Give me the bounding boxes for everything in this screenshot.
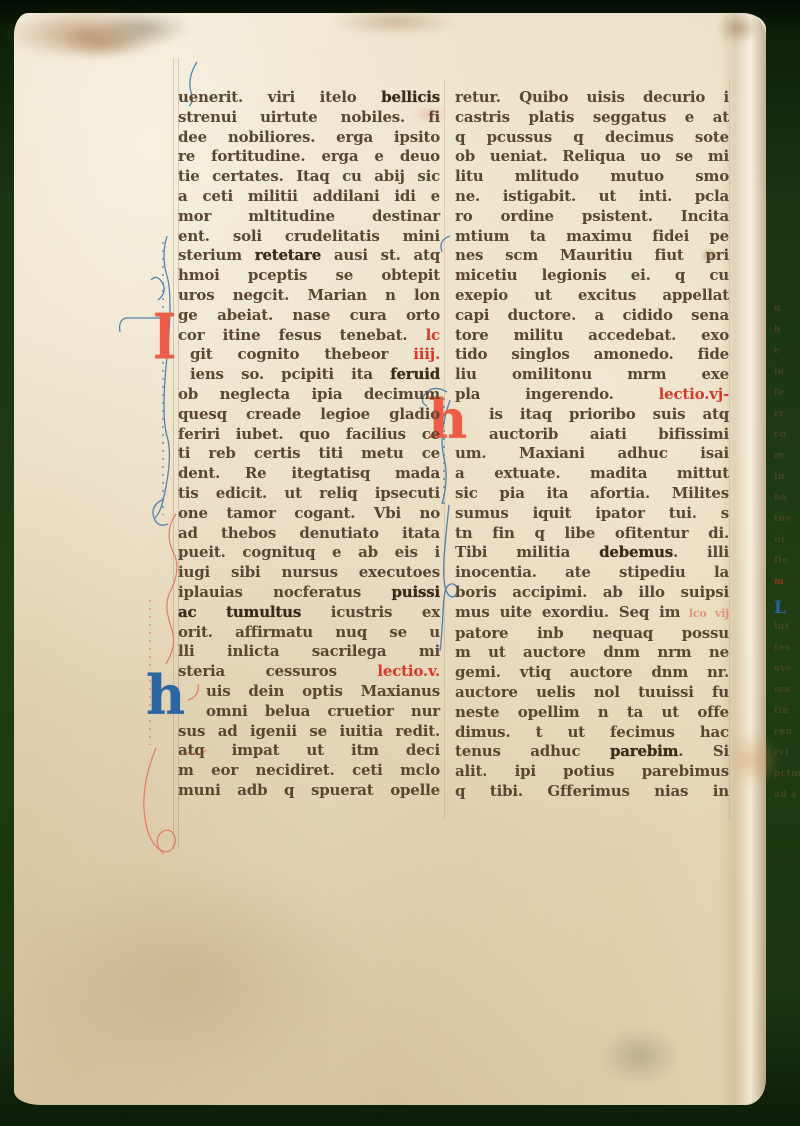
text-line: dent. Re itegtatisq mada xyxy=(178,464,440,484)
text-line: uros negcit. Marian n lon xyxy=(178,286,440,306)
text-line: ne. istigabit. ut inti. pcla xyxy=(455,187,729,207)
text-line: ro ordine psistent. Incita xyxy=(455,207,729,227)
body-text: pla ingerendo. xyxy=(455,385,659,403)
body-text: lli inlicta sacrilega mi xyxy=(178,642,440,660)
next-folio-text: nbeieferrcominbatoeuiflemLluttesovemufin… xyxy=(774,304,800,811)
body-text: ob neglecta ipia decimum xyxy=(178,385,440,403)
text-line: one tamor cogant. Vbi no xyxy=(178,504,440,524)
body-text: iugi sibi nursus executoes xyxy=(178,563,440,581)
edge-text-fragment: n xyxy=(774,304,800,325)
text-line: tis edicit. ut reliq ipsecuti xyxy=(178,484,440,504)
body-text: retur. Quibo uisis decurio i xyxy=(455,88,729,106)
text-column-right: retur. Quibo uisis decurio icastris plat… xyxy=(455,88,729,802)
edge-text-fragment: tes xyxy=(774,643,800,664)
body-text: tido singlos amonedo. fide xyxy=(455,345,729,363)
text-line: iplauias nocferatus puissi xyxy=(178,583,440,603)
text-line: is itaq prioribo suis atq xyxy=(455,405,729,425)
body-text: uenerit. viri itelo xyxy=(178,88,381,106)
body-text: ge abeiat. nase cura orto xyxy=(178,306,440,324)
edge-text-fragment: toe xyxy=(774,514,800,535)
body-text: mtium ta maximu fidei pe xyxy=(455,227,729,245)
body-text: hmoi pceptis se obtepit xyxy=(178,266,440,284)
body-text: sus ad igenii se iuitia redit. xyxy=(178,722,440,740)
text-line: feriri iubet. quo facilius ce xyxy=(178,425,440,445)
body-text: retetare xyxy=(255,246,321,264)
edge-text-fragment: in xyxy=(774,472,800,493)
body-text: Tibi militia xyxy=(455,543,599,561)
text-line: a extuate. madita mittut xyxy=(455,464,729,484)
text-line: strenui uirtute nobiles. fi xyxy=(178,108,440,128)
body-text: ausi st. atq xyxy=(321,246,440,264)
text-line: steria cessuros lectio.v. xyxy=(178,662,440,682)
body-text: . illi xyxy=(673,543,729,561)
body-text: auctorib aiati bifissimi xyxy=(489,425,729,443)
edge-text-fragment: e xyxy=(774,346,800,367)
body-text: . Si xyxy=(678,742,729,760)
body-text: atq impat ut itm deci xyxy=(178,741,440,759)
edge-text-fragment: fin xyxy=(774,706,800,727)
text-line: lli inlicta sacrilega mi xyxy=(178,642,440,662)
text-line: retur. Quibo uisis decurio i xyxy=(455,88,729,108)
body-text: capi ductore. a cidido sena xyxy=(455,306,729,324)
text-line: sic pia ita afortia. Milites xyxy=(455,484,729,504)
text-line: iens so. pcipiti ita feruid xyxy=(178,365,440,385)
body-text: iplauias nocferatus xyxy=(178,583,392,601)
body-text: q tibi. Gfferimus nias in xyxy=(455,782,729,800)
body-text: m eor necidiret. ceti mclo xyxy=(178,761,440,779)
body-text: re fortitudine. erga e deuo xyxy=(178,147,440,165)
body-text: omni belua cruetior nur xyxy=(206,702,440,720)
text-line: pueit. cognituq e ab eis i xyxy=(178,543,440,563)
edge-text-fragment: pctm xyxy=(774,769,800,790)
text-line: inocentia. ate stipediu la xyxy=(455,563,729,583)
text-line: uenerit. viri itelo bellicis xyxy=(178,88,440,108)
text-line: muni adb q spuerat opelle xyxy=(178,781,440,801)
text-line: exepio ut excitus appellat xyxy=(455,286,729,306)
rubric-text: lco vij xyxy=(680,607,729,620)
body-text: micetiu legionis ei. q cu xyxy=(455,266,729,284)
text-line: atq impat ut itm deci xyxy=(178,741,440,761)
text-line: sus ad igenii se iuitia redit. xyxy=(178,722,440,742)
text-line: um. Maxiani adhuc isai xyxy=(455,444,729,464)
body-text: orit. affirmatu nuq se u xyxy=(178,623,440,641)
text-line: m eor necidiret. ceti mclo xyxy=(178,761,440,781)
text-line: cor itine fesus tenebat. lc xyxy=(178,326,440,346)
text-line: Tibi militia debemus. illi xyxy=(455,543,729,563)
text-line: dimus. t ut fecimus hac xyxy=(455,723,729,743)
body-text: ne. istigabit. ut inti. pcla xyxy=(455,187,729,205)
body-text: bellicis xyxy=(381,88,440,106)
body-text: strenui uirtute nobiles. fi xyxy=(178,108,440,126)
edge-text-fragment: fle xyxy=(774,556,800,577)
text-line: ti reb certis titi metu ce xyxy=(178,444,440,464)
body-text: tore militu accedebat. exo xyxy=(455,326,729,344)
body-text: a extuate. madita mittut xyxy=(455,464,729,482)
body-text: iens so. pcipiti ita xyxy=(190,365,390,383)
text-line: mtium ta maximu fidei pe xyxy=(455,227,729,247)
text-line: a ceti militii addilani idi e xyxy=(178,187,440,207)
text-line: q pcussus q decimus sote xyxy=(455,128,729,148)
text-line: auctorib aiati bifissimi xyxy=(455,425,729,445)
body-text: tn fin q libe ofitentur di. xyxy=(455,524,729,542)
text-line: mus uite exordiu. Seq im lco vij xyxy=(455,603,729,624)
body-text: nes scm Mauritiu fiut pri xyxy=(455,246,729,264)
edge-text-fragment: m xyxy=(774,451,800,472)
edge-text-fragment: rr xyxy=(774,409,800,430)
edge-text-fragment: lut xyxy=(774,622,800,643)
text-line: pla ingerendo. lectio.vj- xyxy=(455,385,729,405)
text-line: sterium retetare ausi st. atq xyxy=(178,246,440,266)
text-line: tore militu accedebat. exo xyxy=(455,326,729,346)
body-text: q pcussus q decimus sote xyxy=(455,128,729,146)
text-line: ge abeiat. nase cura orto xyxy=(178,306,440,326)
body-text: ad thebos denutiato itata xyxy=(178,524,440,542)
fore-edge-next-folio: nbeieferrcominbatoeuiflemLluttesovemufin… xyxy=(768,28,800,1092)
body-text: tie certates. Itaq cu abij sic xyxy=(178,167,440,185)
text-line: ac tumultus icustris ex xyxy=(178,603,440,623)
body-text: sterium xyxy=(178,246,255,264)
body-text: auctore uelis nol tuuissi fu xyxy=(455,683,729,701)
body-text: a ceti militii addilani idi e xyxy=(178,187,440,205)
edge-text-fragment: ren xyxy=(774,727,800,748)
body-text: uros negcit. Marian n lon xyxy=(178,286,440,304)
body-text: litu mlitudo mutuo smo xyxy=(455,167,729,185)
text-column-left: uenerit. viri itelo bellicisstrenui uirt… xyxy=(178,88,440,801)
text-line: tido singlos amonedo. fide xyxy=(455,345,729,365)
text-line: ob ueniat. Reliqua uo se mi xyxy=(455,147,729,167)
body-text: patore inb nequaq possu xyxy=(455,624,729,642)
text-line: nes scm Mauritiu fiut pri xyxy=(455,246,729,266)
body-text: one tamor cogant. Vbi no xyxy=(178,504,440,522)
text-line: tn fin q libe ofitentur di. xyxy=(455,524,729,544)
text-line: alit. ipi potius parebimus xyxy=(455,762,729,782)
body-text: pueit. cognituq e ab eis i xyxy=(178,543,440,561)
body-text: castris platis seggatus e at xyxy=(455,108,729,126)
body-text: boris accipimi. ab illo suipsi xyxy=(455,583,729,601)
body-text: dent. Re itegtatisq mada xyxy=(178,464,440,482)
body-text: neste opellim n ta ut offe xyxy=(455,703,729,721)
edge-text-fragment: fe xyxy=(774,388,800,409)
text-line: orit. affirmatu nuq se u xyxy=(178,623,440,643)
edge-text-fragment: mu xyxy=(774,685,800,706)
body-text: icustris ex xyxy=(301,603,440,621)
body-text: is itaq prioribo suis atq xyxy=(489,405,729,423)
text-line: dee nobiliores. erga ipsito xyxy=(178,128,440,148)
body-text: um. Maxiani adhuc isai xyxy=(455,444,729,462)
body-text: feruid xyxy=(390,365,440,383)
rubric-text: lectio.vj- xyxy=(659,385,729,403)
rubric-text: lc xyxy=(426,326,440,344)
edge-initial-L: L xyxy=(774,598,800,622)
text-line: iugi sibi nursus executoes xyxy=(178,563,440,583)
body-text: gemi. vtiq auctore dnm nr. xyxy=(455,663,729,681)
edge-text-fragment: ove xyxy=(774,664,800,685)
body-text: mus uite exordiu. Seq im xyxy=(455,603,680,621)
text-line: auctore uelis nol tuuissi fu xyxy=(455,683,729,703)
body-text: ent. soli crudelitatis mini xyxy=(178,227,440,245)
edge-text-fragment: ba xyxy=(774,493,800,514)
body-text: sic pia ita afortia. Milites xyxy=(455,484,729,502)
text-line: tenus adhuc parebim. Si xyxy=(455,742,729,762)
edge-text-fragment: m xyxy=(774,577,800,598)
text-line: ent. soli crudelitatis mini xyxy=(178,227,440,247)
text-line: q tibi. Gfferimus nias in xyxy=(455,782,729,802)
text-line: quesq creade legioe gladio xyxy=(178,405,440,425)
edge-text-fragment: ad a xyxy=(774,790,800,811)
body-text: alit. ipi potius parebimus xyxy=(455,762,729,780)
ruling-line-left-col1 xyxy=(173,58,174,848)
text-line: tie certates. Itaq cu abij sic xyxy=(178,167,440,187)
body-text: inocentia. ate stipediu la xyxy=(455,563,729,581)
ruling-line-between-cols xyxy=(444,80,445,820)
body-text: mor mltitudine destinar xyxy=(178,207,440,225)
rubric-text: lectio.v. xyxy=(377,662,440,680)
body-text: tenus adhuc xyxy=(455,742,610,760)
edge-text-fragment: rvi xyxy=(774,748,800,769)
body-text: uis dein optis Maxianus xyxy=(206,682,440,700)
body-text: ac tumultus xyxy=(178,603,301,621)
body-text: m ut auctore dnm nrm ne xyxy=(455,643,729,661)
body-text: quesq creade legioe gladio xyxy=(178,405,440,423)
body-text: dimus. t ut fecimus hac xyxy=(455,723,729,741)
body-text: dee nobiliores. erga ipsito xyxy=(178,128,440,146)
text-line: neste opellim n ta ut offe xyxy=(455,703,729,723)
body-text: muni adb q spuerat opelle xyxy=(178,781,440,799)
body-text: puissi xyxy=(392,583,440,601)
text-line: uis dein optis Maxianus xyxy=(178,682,440,702)
body-text: ti reb certis titi metu ce xyxy=(178,444,440,462)
text-line: ob neglecta ipia decimum xyxy=(178,385,440,405)
body-text: parebim xyxy=(610,742,678,760)
text-line: git cognito thebeor iiij. xyxy=(178,345,440,365)
text-line: patore inb nequaq possu xyxy=(455,624,729,644)
edge-text-fragment: ie xyxy=(774,367,800,388)
body-text: ob ueniat. Reliqua uo se mi xyxy=(455,147,729,165)
text-line: gemi. vtiq auctore dnm nr. xyxy=(455,663,729,683)
edge-text-fragment: co xyxy=(774,430,800,451)
text-line: mor mltitudine destinar xyxy=(178,207,440,227)
body-text: tis edicit. ut reliq ipsecuti xyxy=(178,484,440,502)
body-text: liu omilitonu mrm exe xyxy=(455,365,729,383)
body-text: sumus iquit ipator tui. s xyxy=(455,504,729,522)
body-text: git cognito thebeor xyxy=(190,345,413,363)
body-text: exepio ut excitus appellat xyxy=(455,286,729,304)
ruling-line-right-col2 xyxy=(729,80,730,820)
body-text: steria cessuros xyxy=(178,662,377,680)
text-line: ad thebos denutiato itata xyxy=(178,524,440,544)
rubric-text: iiij. xyxy=(413,345,440,363)
text-line: re fortitudine. erga e deuo xyxy=(178,147,440,167)
text-line: capi ductore. a cidido sena xyxy=(455,306,729,326)
edge-text-fragment: ui xyxy=(774,535,800,556)
text-line: boris accipimi. ab illo suipsi xyxy=(455,583,729,603)
text-line: hmoi pceptis se obtepit xyxy=(178,266,440,286)
text-line: m ut auctore dnm nrm ne xyxy=(455,643,729,663)
body-text: ro ordine psistent. Incita xyxy=(455,207,729,225)
text-line: liu omilitonu mrm exe xyxy=(455,365,729,385)
text-line: micetiu legionis ei. q cu xyxy=(455,266,729,286)
text-line: sumus iquit ipator tui. s xyxy=(455,504,729,524)
edge-text-fragment: b xyxy=(774,325,800,346)
body-text: debemus xyxy=(599,543,673,561)
text-line: litu mlitudo mutuo smo xyxy=(455,167,729,187)
body-text: cor itine fesus tenebat. xyxy=(178,326,426,344)
body-text: feriri iubet. quo facilius ce xyxy=(178,425,440,443)
photo-background: I h h uenerit. viri itelo bellicisstrenu… xyxy=(0,0,800,1126)
text-line: castris platis seggatus e at xyxy=(455,108,729,128)
text-line: omni belua cruetior nur xyxy=(178,702,440,722)
